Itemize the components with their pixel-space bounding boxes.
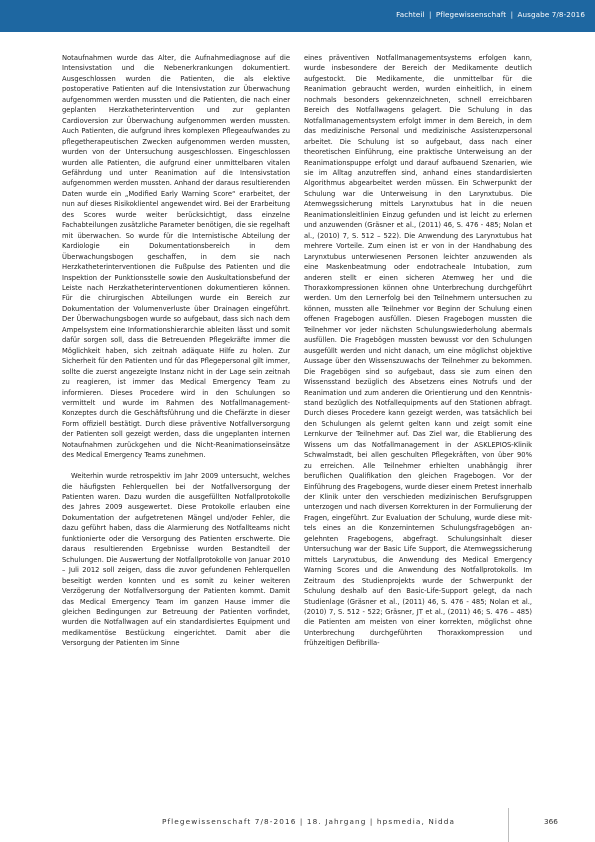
running-header: Fachteil | Pflegewissenschaft | Ausgabe … [396,10,585,19]
header-section: Fachteil [396,10,424,19]
header-issue: Ausgabe 7/8-2016 [517,10,585,19]
page-number: 366 [544,817,558,826]
body-paragraph: Notaufnahmen wurde das Alter, die Aufnah… [62,53,290,461]
body-paragraph: Weiterhin wurde retrospektiv im Jahr 200… [62,471,290,649]
header-journal: Pflegewissenschaft [436,10,506,19]
body-paragraph: eines präventiven Notfallmanagementsyste… [304,53,532,649]
header-separator: | [509,10,516,19]
footer-divider [508,808,509,842]
article-column-left: Notaufnahmen wurde das Alter, die Aufnah… [62,53,290,649]
header-bar: Fachteil | Pflegewissenschaft | Ausgabe … [0,0,595,32]
header-separator: | [427,10,434,19]
article-column-right: eines präventiven Notfallmanagementsyste… [304,53,532,649]
footer-citation: Pflegewissenschaft 7/8-2016 | 18. Jahrga… [162,817,455,826]
